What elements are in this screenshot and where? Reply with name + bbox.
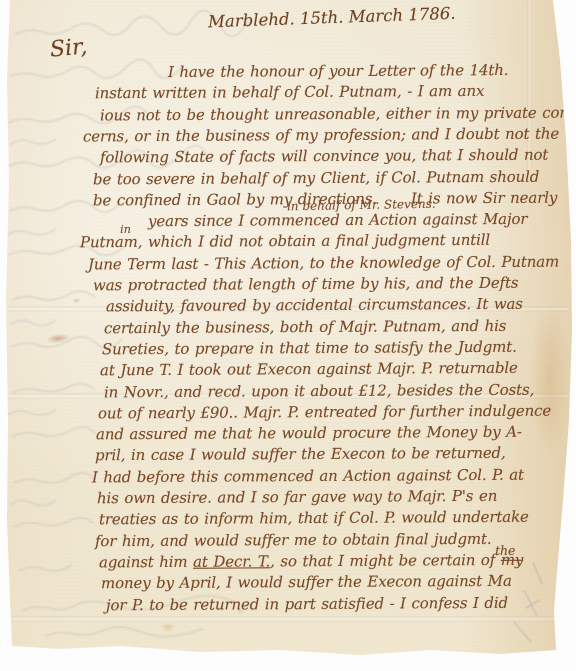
letter-line-segment: instant written in behalf of Col. Putnam… (95, 82, 484, 102)
letter-line-segment: out of nearly £90.. Majr. P. entreated f… (98, 401, 551, 422)
scanned-letter-page: Marblehd. 15th. March 1786. Sir, I have … (0, 0, 576, 671)
letter-paper-sheet: Marblehd. 15th. March 1786. Sir, I have … (0, 0, 576, 671)
letter-line: years since I commenced an Action agains… (148, 210, 527, 230)
letter-line: out of nearly £90.. Majr. P. entreated f… (98, 401, 551, 422)
letter-line: Putnam, which I did not obtain a final j… (80, 231, 490, 252)
letter-line: treaties as to inform him, that if Col. … (99, 508, 529, 529)
letter-line: certainly the business, both of Majr. Pu… (104, 316, 506, 336)
letter-line-segment: Sureties, to prepare in that time to sat… (102, 338, 517, 359)
letter-line-segment: the (495, 543, 515, 558)
letter-line-segment: pril, in case I would suffer the Execon … (95, 444, 506, 465)
letter-line: in Novr., and recd. upon it about £12, b… (104, 380, 534, 401)
letter-line-segment: I had before this commenced an Action ag… (92, 465, 524, 486)
letter-line-segment: at June T. I took out Execon against Maj… (100, 359, 518, 380)
letter-line-segment: years since I commenced an Action agains… (148, 210, 527, 230)
letter-line: I had before this commenced an Action ag… (92, 465, 524, 486)
letter-line: cerns, or in the business of my professi… (83, 124, 559, 145)
letter-line-segment: , so that I might be certain of (270, 551, 501, 570)
letter-line-segment: at Decr. T. (193, 552, 270, 570)
interlinear-insertion-behalf: in behalf of Mr. Stevens. (287, 197, 436, 214)
letter-line-segment: for him, and would suffer me to obtain f… (95, 529, 492, 549)
letter-line: assiduity, favoured by accidental circum… (106, 295, 523, 316)
letter-line-segment: against him (99, 553, 193, 572)
letter-line-segment: ious not to be thought unreasonable, eit… (100, 103, 569, 124)
letter-line: jor P. to be returned in part satisfied … (106, 593, 508, 613)
letter-line: instant written in behalf of Col. Putnam… (95, 82, 484, 102)
letter-line: at June T. I took out Execon against Maj… (100, 359, 518, 380)
letter-line-segment: be too severe in behalf of my Client, if… (93, 167, 539, 188)
letter-line-segment: money by April, I would suffer the Execo… (101, 572, 512, 593)
letter-line: following State of facts will convince y… (100, 146, 548, 167)
letter-line: his own desire. and I so far gave way to… (97, 487, 497, 507)
letter-line-segment: was protracted that length of time by hi… (93, 274, 518, 295)
letter-line: pril, in case I would suffer the Execon … (95, 444, 506, 465)
letter-line: and assured me that he would procure the… (96, 423, 522, 444)
letter-line: June Term last - This Action, to the kno… (88, 252, 559, 273)
letter-line-segment: June Term last - This Action, to the kno… (88, 252, 559, 273)
letter-line-segment: assiduity, favoured by accidental circum… (106, 295, 523, 316)
letter-line: was protracted that length of time by hi… (93, 274, 518, 295)
letter-line-segment: cerns, or in the business of my professi… (83, 124, 559, 145)
letter-line: Sureties, to prepare in that time to sat… (102, 338, 517, 359)
letter-line-segment: his own desire. and I so far gave way to… (97, 487, 497, 507)
letter-line-segment: certainly the business, both of Majr. Pu… (104, 316, 506, 336)
letter-line: I have the honour of your Letter of the … (168, 61, 508, 81)
interlinear-insertion-in: in (120, 222, 131, 236)
letter-line-segment: I have the honour of your Letter of the … (168, 61, 508, 81)
letter-line: against him at Decr. T., so that I might… (99, 551, 543, 572)
letter-body: I have the honour of your Letter of the … (0, 0, 576, 671)
letter-line-segment: and assured me that he would procure the… (96, 423, 522, 444)
letter-line-segment: in Novr., and recd. upon it about £12, b… (104, 380, 534, 401)
letter-line: for him, and would suffer me to obtain f… (95, 529, 492, 549)
letter-line-segment: jor P. to be returned in part satisfied … (106, 593, 508, 613)
letter-line-segment: Putnam, which I did not obtain a final j… (80, 231, 490, 252)
letter-line: money by April, I would suffer the Execo… (101, 572, 512, 593)
letter-line-segment: treaties as to inform him, that if Col. … (99, 508, 529, 529)
letter-line: be too severe in behalf of my Client, if… (93, 167, 539, 188)
letter-line-segment: following State of facts will convince y… (100, 146, 548, 167)
letter-line: ious not to be thought unreasonable, eit… (100, 103, 569, 124)
